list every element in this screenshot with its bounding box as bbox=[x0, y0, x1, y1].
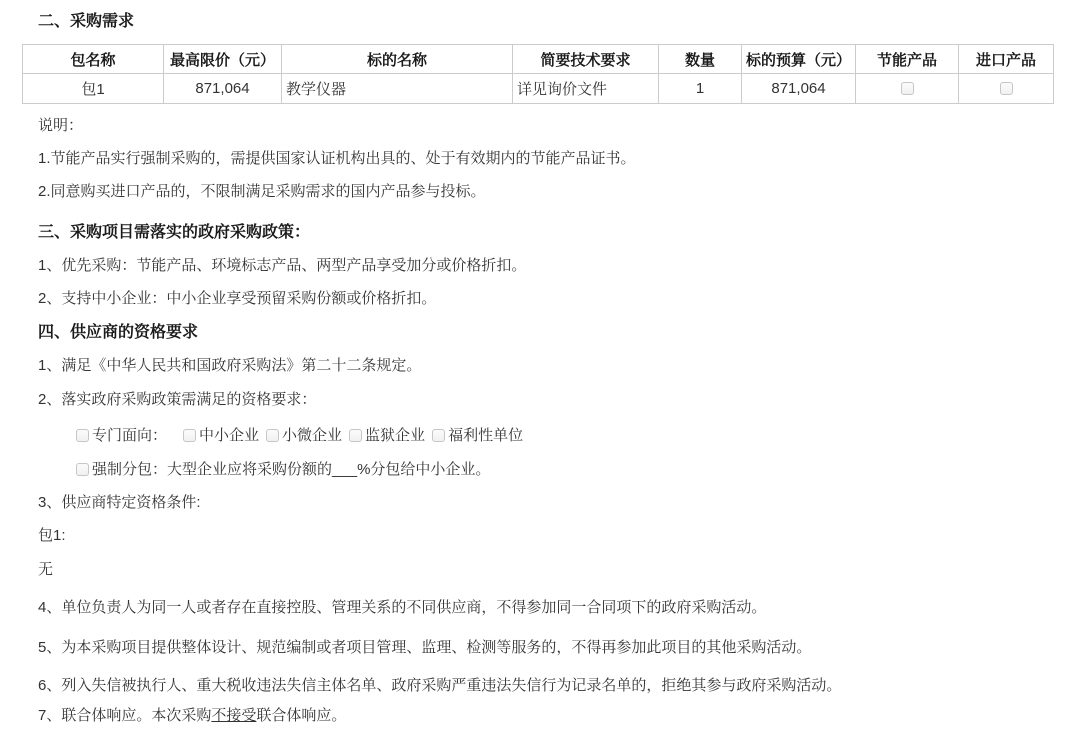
procurement-requirements-table: 包名称 最高限价（元） 标的名称 简要技术要求 数量 标的预算（元） 节能产品 … bbox=[22, 44, 1054, 104]
cell-imported bbox=[959, 74, 1054, 104]
subcontract-checkbox[interactable] bbox=[76, 463, 89, 476]
col-header-subject-name: 标的名称 bbox=[282, 45, 513, 74]
col-header-energy-saving: 节能产品 bbox=[856, 45, 959, 74]
procurement-document: 二、采购需求 包名称 最高限价（元） 标的名称 简要技术要求 数量 标的预算（元… bbox=[0, 0, 1075, 729]
section3-item-1: 1、优先采购：节能产品、环境标志产品、两型产品享受加分或价格折扣。 bbox=[38, 258, 1075, 274]
option-label-prison: 监狱企业 bbox=[365, 427, 425, 444]
imported-product-checkbox[interactable] bbox=[1000, 82, 1013, 95]
subcontract-text-before: 大型企业应将采购份额的 bbox=[167, 461, 332, 478]
section4-item-4: 4、单位负责人为同一人或者存在直接控股、管理关系的不同供应商，不得参加同一合同项… bbox=[38, 600, 1075, 616]
subcontract-row: 强制分包：大型企业应将采购份额的___%分包给中小企业。 bbox=[76, 462, 1075, 478]
section4-item-3: 3、供应商特定资格条件: bbox=[38, 495, 1075, 511]
section4-item-2: 2、落实政府采购政策需满足的资格要求： bbox=[38, 392, 1075, 408]
col-header-quantity: 数量 bbox=[659, 45, 742, 74]
col-header-imported: 进口产品 bbox=[959, 45, 1054, 74]
item7-text-before: 7、联合体响应。本次采购 bbox=[38, 707, 211, 724]
section-3-heading: 三、采购项目需落实的政府采购政策： bbox=[38, 224, 1075, 241]
section4-item-5: 5、为本采购项目提供整体设计、规范编制或者项目管理、监理、检测等服务的，不得再参… bbox=[38, 640, 1075, 656]
note-item-1: 1.节能产品实行强制采购的，需提供国家认证机构出具的、处于有效期内的节能产品证书… bbox=[38, 151, 1075, 167]
dedicated-options-row: 专门面向：中小企业小微企业监狱企业福利性单位 bbox=[76, 428, 1075, 444]
option-checkbox-micro[interactable] bbox=[266, 429, 279, 442]
section-4-heading: 四、供应商的资格要求 bbox=[38, 324, 1075, 341]
cell-quantity: 1 bbox=[659, 74, 742, 104]
section4-item-1: 1、满足《中华人民共和国政府采购法》第二十二条规定。 bbox=[38, 358, 1075, 374]
option-label-smes: 中小企业 bbox=[199, 427, 259, 444]
note-item-2: 2.同意购买进口产品的，不限制满足采购需求的国内产品参与投标。 bbox=[38, 184, 1075, 200]
notes-label: 说明： bbox=[38, 118, 1075, 134]
subcontract-blank: ___ bbox=[332, 461, 357, 478]
energy-saving-checkbox[interactable] bbox=[901, 82, 914, 95]
dedicated-label: 专门面向： bbox=[92, 427, 167, 444]
section4-item-7: 7、联合体响应。本次采购不接受联合体响应。 bbox=[38, 708, 1075, 724]
option-checkbox-welfare[interactable] bbox=[432, 429, 445, 442]
cell-tech-requirements: 详见询价文件 bbox=[513, 74, 659, 104]
cell-budget: 871,064 bbox=[742, 74, 856, 104]
option-checkbox-smes[interactable] bbox=[183, 429, 196, 442]
option-group-prison: 监狱企业 bbox=[349, 427, 425, 444]
option-group-micro: 小微企业 bbox=[266, 427, 342, 444]
option-label-welfare: 福利性单位 bbox=[448, 427, 523, 444]
subcontract-text-after: %分包给中小企业。 bbox=[357, 461, 490, 478]
dedicated-group: 专门面向： bbox=[76, 427, 167, 444]
cell-package-name: 包1 bbox=[23, 74, 164, 104]
package-label: 包1: bbox=[38, 528, 1075, 544]
section4-item-6: 6、列入失信被执行人、重大税收违法失信主体名单、政府采购严重违法失信行为记录名单… bbox=[38, 678, 1075, 694]
option-group-smes: 中小企业 bbox=[183, 427, 259, 444]
col-header-budget: 标的预算（元） bbox=[742, 45, 856, 74]
cell-max-price: 871,064 bbox=[164, 74, 282, 104]
dedicated-checkbox[interactable] bbox=[76, 429, 89, 442]
cell-energy-saving bbox=[856, 74, 959, 104]
package-value: 无 bbox=[38, 562, 1075, 578]
section-2-heading: 二、采购需求 bbox=[38, 13, 1075, 30]
cell-subject-name: 教学仪器 bbox=[282, 74, 513, 104]
table-row: 包1 871,064 教学仪器 详见询价文件 1 871,064 bbox=[23, 74, 1054, 104]
col-header-tech-requirements: 简要技术要求 bbox=[513, 45, 659, 74]
item7-text-after: 联合体响应。 bbox=[256, 707, 346, 724]
item7-underlined-text: 不接受 bbox=[211, 707, 256, 724]
option-group-welfare: 福利性单位 bbox=[432, 427, 523, 444]
table-header-row: 包名称 最高限价（元） 标的名称 简要技术要求 数量 标的预算（元） 节能产品 … bbox=[23, 45, 1054, 74]
section3-item-2: 2、支持中小企业：中小企业享受预留采购份额或价格折扣。 bbox=[38, 291, 1075, 307]
option-checkbox-prison[interactable] bbox=[349, 429, 362, 442]
option-label-micro: 小微企业 bbox=[282, 427, 342, 444]
col-header-max-price: 最高限价（元） bbox=[164, 45, 282, 74]
col-header-package-name: 包名称 bbox=[23, 45, 164, 74]
subcontract-label: 强制分包： bbox=[92, 461, 167, 478]
